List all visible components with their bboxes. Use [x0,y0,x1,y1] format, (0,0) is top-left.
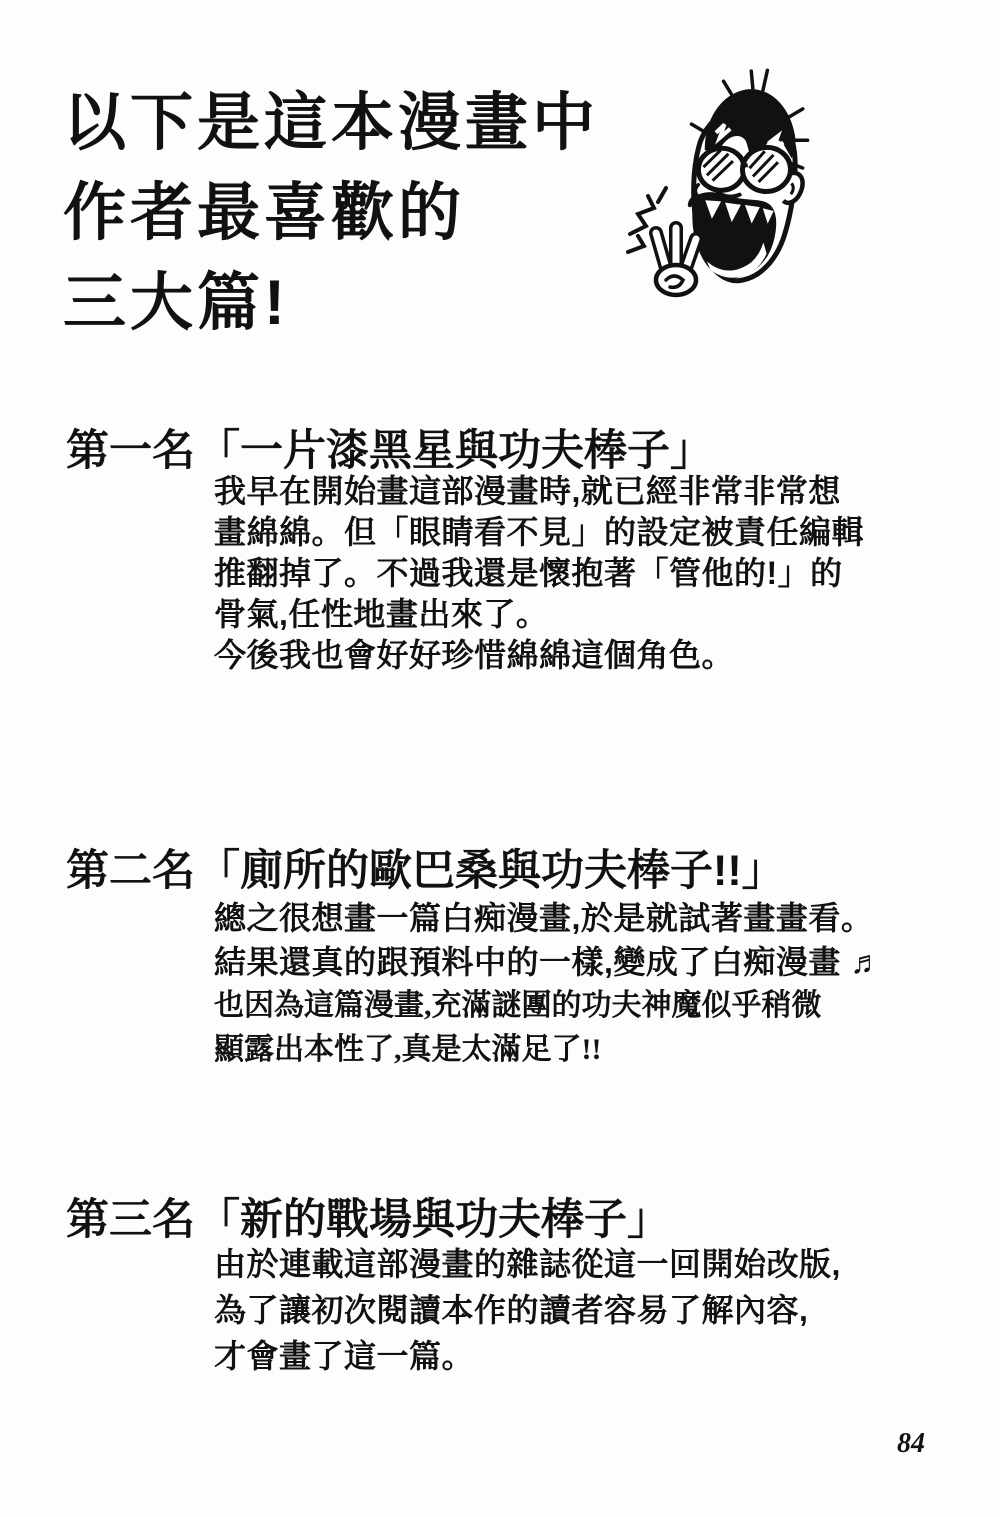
body-line: 我早在開始畫這部漫畫時,就已經非常非常想 [214,471,864,512]
section-3-heading: 第三名「新的戰場與功夫棒子」 [66,1186,670,1247]
body-line: 顯露出本性了,真是太滿足了!! [214,1028,883,1072]
section-1-episode-title: 「一片漆黑星與功夫棒子」 [197,427,713,475]
page-title-line-2: 作者最喜歡的 [63,168,599,258]
section-3-rank: 第三名 [66,1196,195,1244]
palm [656,265,696,295]
body-line: 才會畫了這一篇。 [214,1333,841,1379]
section-3-body: 由於連載這部漫畫的雜誌從這一回開始改版, 為了讓初次閱讀本作的讀者容易了解內容,… [214,1241,841,1379]
author-face-illustration [600,40,920,320]
section-1-rank: 第一名 [66,427,195,475]
body-line: 結果還真的跟預料中的一樣,變成了白痴漫畫 ♬ [214,940,883,984]
page-title: 以下是這本漫畫中 作者最喜歡的 三大篇! [63,78,599,348]
body-line: 今後我也會好好珍惜綿綿這個角色。 [214,635,864,676]
body-line: 總之很想畫一篇白痴漫畫,於是就試著畫畫看。 [214,896,883,940]
body-line: 骨氣,任性地畫出來了。 [214,594,864,635]
section-1-heading: 第一名「一片漆黑星與功夫棒子」 [66,417,713,478]
body-line: 為了讓初次閱讀本作的讀者容易了解內容, [214,1287,841,1333]
page-title-line-3: 三大篇! [63,258,599,348]
section-1-body: 我早在開始畫這部漫畫時,就已經非常非常想 畫綿綿。但「眼睛看不見」的設定被責任編… [214,471,864,676]
section-3-episode-title: 「新的戰場與功夫棒子」 [197,1196,670,1244]
section-2-heading: 第二名「廁所的歐巴桑與功夫棒子!!」 [66,837,785,898]
page-number: 84 [897,1428,925,1460]
section-2-episode-title: 「廁所的歐巴桑與功夫棒子!!」 [197,847,785,895]
three-fingers-hand [656,228,696,295]
body-line: 推翻掉了。不過我還是懷抱著「管他的!」的 [214,553,864,594]
body-line: 畫綿綿。但「眼睛看不見」的設定被責任編輯 [214,512,864,553]
body-line: 也因為這篇漫畫,充滿謎團的功夫神魔似乎稍微 [214,984,883,1028]
section-2-body: 總之很想畫一篇白痴漫畫,於是就試著畫畫看。 結果還真的跟預料中的一樣,變成了白痴… [214,896,883,1072]
glasses-bridge [743,165,748,166]
body-line: 由於連載這部漫畫的雜誌從這一回開始改版, [214,1241,841,1287]
section-2-rank: 第二名 [66,847,195,895]
page-title-line-1: 以下是這本漫畫中 [63,78,599,168]
manga-afterword-page: 以下是這本漫畫中 作者最喜歡的 三大篇! [0,0,1000,1517]
